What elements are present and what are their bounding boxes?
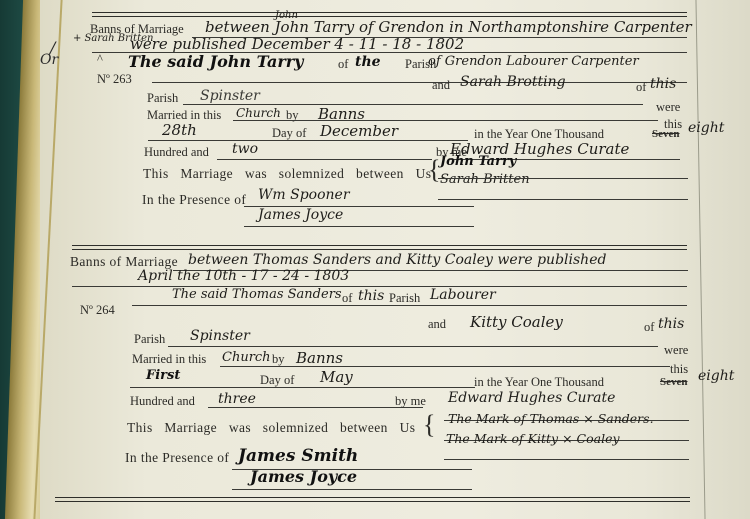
entry-number: Nº 264 <box>80 303 115 318</box>
bride-status: Spinster <box>200 88 260 104</box>
form-line <box>220 366 670 367</box>
form-line <box>217 159 432 160</box>
year-inserted: eight <box>688 120 724 136</box>
form-line <box>244 226 474 227</box>
and-label: and <box>428 317 446 332</box>
margin-annotation: Or <box>40 52 58 68</box>
banns-publication-dates: were published December 4 - 11 - 18 - 18… <box>130 35 464 53</box>
groom-signature: John Tarry <box>440 154 516 169</box>
solemnized-label: This Marriage was solemnized between Us <box>127 420 415 436</box>
this-label: this <box>670 362 688 377</box>
marriage-method: Banns <box>296 349 343 367</box>
marriage-month: December <box>320 122 398 140</box>
witness-2: James Joyce <box>258 207 343 223</box>
hundred-label: Hundred and <box>130 394 195 409</box>
bride-name: Kitty Coaley <box>470 313 563 331</box>
bride-of: this <box>658 316 684 332</box>
married-label: Married in this <box>132 352 206 367</box>
marriage-month: May <box>320 368 353 386</box>
groom-name: The said John Tarry <box>128 52 303 71</box>
groom-name: The said Thomas Sanders <box>172 287 342 302</box>
of-label: of <box>644 320 654 335</box>
of-label: of <box>338 57 348 72</box>
bride-status: Spinster <box>190 328 250 344</box>
marriage-place: Church <box>222 350 271 365</box>
officiant: Edward Hughes Curate <box>448 390 615 406</box>
year-label: in the Year One Thousand <box>474 375 604 390</box>
of-label: of <box>342 291 352 306</box>
day-of-label: Day of <box>260 373 294 388</box>
caret-mark: ^ <box>97 52 103 67</box>
banns-text: between Thomas Sanders and Kitty Coaley … <box>188 252 606 268</box>
marriage-place: Church <box>236 106 281 120</box>
year-suffix: two <box>232 141 258 157</box>
entry-separator <box>55 497 690 502</box>
parish-label: Parish <box>147 91 178 106</box>
bride-mark: The Mark of Kitty × Coaley <box>446 431 620 446</box>
brace: { <box>428 157 440 183</box>
brace: { <box>423 412 435 438</box>
groom-mark: The Mark of Thomas × Sanders. <box>448 411 654 426</box>
by-label: by <box>272 352 285 367</box>
witness-1: Wm Spooner <box>258 187 350 203</box>
of-the-value: the <box>355 54 381 70</box>
of-label: of <box>636 80 646 95</box>
bride-signature: Sarah Britten <box>440 172 530 187</box>
form-line <box>148 140 468 141</box>
year-suffix: three <box>218 391 256 407</box>
form-line <box>72 286 687 287</box>
and-label: and <box>432 78 450 93</box>
witness-2: James Joyce <box>250 467 357 486</box>
marriage-day: 28th <box>162 121 197 139</box>
year-struck: Seven <box>652 128 680 140</box>
form-line <box>438 199 688 200</box>
form-line <box>444 459 689 460</box>
were-label: were <box>664 343 688 358</box>
form-line <box>438 178 688 179</box>
form-line <box>152 82 687 83</box>
year-inserted: eight <box>698 368 734 384</box>
groom-occupation: Labourer <box>430 287 496 303</box>
banns-text: between John Tarry of Grendon in Northam… <box>205 18 692 36</box>
bride-name: Sarah Brotting <box>460 74 566 90</box>
form-line <box>232 489 472 490</box>
day-of-label: Day of <box>272 126 306 141</box>
solemnized-label: This Marriage was solemnized between Us <box>143 166 431 182</box>
witness-1: James Smith <box>238 446 358 466</box>
parish-label: Parish <box>134 332 165 347</box>
year-struck: Seven <box>660 376 688 388</box>
hundred-label: Hundred and <box>144 145 209 160</box>
presence-label: In the Presence of <box>125 450 229 466</box>
form-line <box>233 120 658 121</box>
groom-parish-occupation: of Grendon Labourer Carpenter <box>428 54 639 69</box>
presence-label: In the Presence of <box>142 192 246 208</box>
form-line <box>208 407 423 408</box>
were-label: were <box>656 100 680 115</box>
form-line <box>130 387 475 388</box>
form-line <box>183 104 643 105</box>
marriage-day: First <box>146 368 180 383</box>
by-me-label: by me <box>395 394 426 409</box>
entry-number: Nº 263 <box>97 72 132 87</box>
entry-separator <box>72 245 687 250</box>
parish-label: Parish <box>389 291 420 306</box>
entry-separator <box>92 12 687 17</box>
form-line <box>132 305 687 306</box>
groom-of: this <box>358 288 384 304</box>
form-line <box>168 346 658 347</box>
banns-publication-dates: April the 10th - 17 - 24 - 1803 <box>138 268 349 284</box>
bride-of: this <box>650 76 676 92</box>
